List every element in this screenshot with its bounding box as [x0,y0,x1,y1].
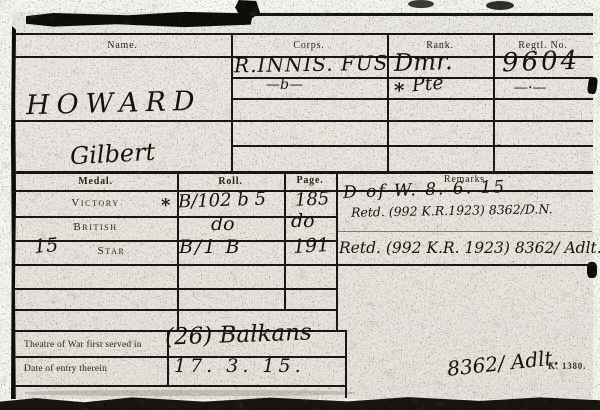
roll-column-header: Roll. [177,176,284,187]
rule-remarks-faint [338,231,592,232]
surname-value: HOWARD [26,88,202,120]
rank-value2: Pte [411,74,444,96]
rule-empty-row-1 [14,288,337,290]
scan-artifact-smudge-1 [408,0,434,8]
star-roll-value: B/1 B [179,238,241,257]
card-left-edge [11,26,16,399]
date-of-entry-value: 17. 3. 15. [174,357,305,376]
theatre-of-war-value: (26) Balkans [165,321,312,349]
medal-index-card-scan: Name. Corps. Rank. Regtl. No. Medal. Rol… [0,0,600,410]
scan-artifact-right-blob-1 [587,76,598,94]
scan-artifact-smudge-2 [486,1,514,10]
victory-roll-mark: * [161,197,170,215]
corps-column-header: Corps. [231,40,387,51]
rank-value: Dmr. [394,49,453,75]
british-roll-value: do [211,215,235,234]
rule-name-mid [14,120,593,122]
rule-corps-r4 [231,145,593,147]
star-prefix-value: 15 [33,236,59,257]
theatre-of-war-label: Theatre of War first served in [24,340,142,350]
rule-corps-r2 [231,98,593,100]
star-page-value: 191 [293,236,330,257]
victory-page-value: 185 [295,190,330,210]
rule-empty-row-2 [14,309,337,311]
date-of-entry-label: Date of entry therein [24,364,107,374]
medal-label-british: British [14,221,177,233]
british-page-value: do [291,212,315,231]
regtl-no-value: 9604 [502,48,581,77]
divider-name-corps [231,33,233,172]
medal-column-header: Medal. [14,176,177,187]
rule-header-top [14,33,593,35]
rule-british-row [14,240,337,242]
rank-value2-mark: * [394,80,404,100]
victory-roll-value: B/102 b 5 [178,190,267,211]
corps-flourish-mark: —b— [266,78,303,92]
rule-top-edge [250,13,593,16]
regtl-flourish-mark: —·— [514,81,546,95]
rule-theatre-bottom [14,385,346,387]
corps-value: R.INNIS. FUS [234,53,389,76]
medal-label-victory: Victory [14,197,177,209]
rule-star-row [14,264,593,266]
rule-victory-row [14,216,337,218]
scan-artifact-white-patch [178,0,238,12]
regtl-stray-mark: ~ [494,138,507,154]
forename-value: Gilbert [69,140,155,168]
remarks-line-3: Retd. (992 K.R. 1923) 8362/ Adlt. [339,241,600,257]
name-column-header: Name. [14,40,231,51]
scan-artifact-bottom-smear [25,390,355,396]
divider-page-remarks [336,171,338,330]
divider-theatre-right [345,330,347,398]
divider-roll-page [284,171,286,311]
page-column-header: Page. [284,175,336,186]
